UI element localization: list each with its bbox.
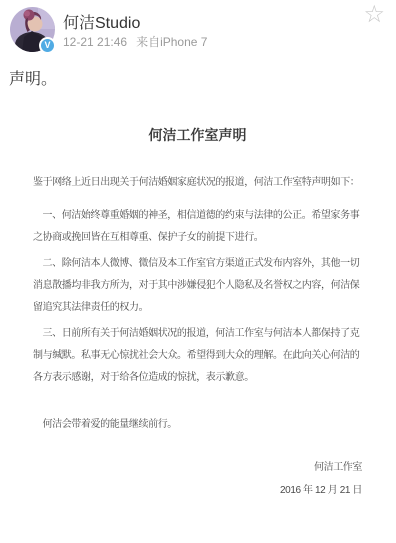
post-header: V 何洁Studio 12-21 21:46来自iPhone 7 ☆ <box>0 0 396 58</box>
post-meta: 12-21 21:46来自iPhone 7 <box>63 33 216 50</box>
statement-signature: 何洁工作室 <box>33 457 362 479</box>
statement-image[interactable]: 何洁工作室声明 鉴于网络上近日出现关于何洁婚姻家庭状况的报道，何洁工作室特声明如… <box>33 127 362 502</box>
statement-intro: 鉴于网络上近日出现关于何洁婚姻家庭状况的报道，何洁工作室特声明如下： <box>33 172 362 194</box>
post-source: 来自iPhone 7 <box>136 35 207 49</box>
statement-date: 2016 年 12 月 21 日 <box>33 480 362 502</box>
star-icon[interactable]: ☆ <box>363 3 385 27</box>
username[interactable]: 何洁Studio <box>63 10 140 33</box>
post-text: 声明。 <box>9 66 396 89</box>
statement-paragraph-1: 一、何洁始终尊重婚姻的神圣，相信道德的约束与法律的公正。希望家务事之协商或挽回皆… <box>33 205 362 249</box>
timestamp: 12-21 21:46 <box>63 35 127 49</box>
statement-paragraph-2: 二、除何洁本人微博、微信及本工作室官方渠道正式发布内容外，其他一切消息散播均非我… <box>33 253 362 319</box>
statement-paragraph-3: 三、日前所有关于何洁婚姻状况的报道，何洁工作室与何洁本人都保持了克制与缄默。私事… <box>33 323 362 389</box>
statement-title: 何洁工作室声明 <box>33 127 362 143</box>
verified-badge-icon: V <box>39 37 56 54</box>
statement-closing: 何洁会带着爱的能量继续前行。 <box>33 414 362 436</box>
